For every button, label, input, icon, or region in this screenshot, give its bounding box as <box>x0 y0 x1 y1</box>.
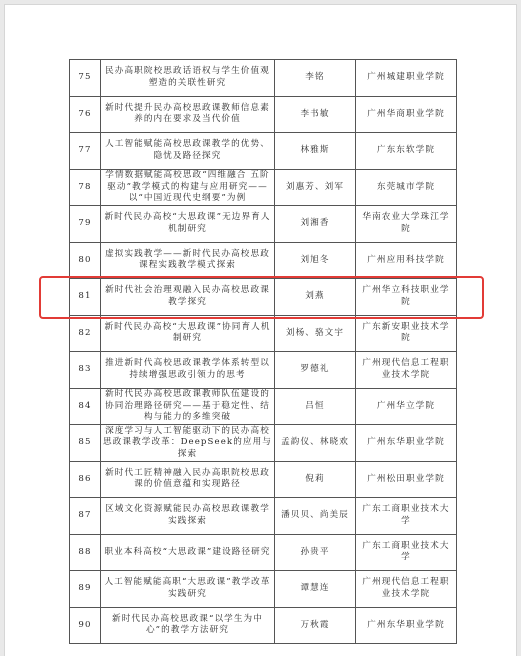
table-row: 85 深度学习与人工智能驱动下的民办高校思政课教学改革：DeepSeek的应用与… <box>70 425 457 462</box>
cell-school: 华南农业大学珠江学院 <box>356 206 457 243</box>
cell-school: 广东东软学院 <box>356 133 457 170</box>
table-row: 86 新时代工匠精神融入民办高职院校思政课的价值意蕴和实现路径 倪莉 广州松田职… <box>70 461 457 498</box>
cell-author: 罗德礼 <box>275 352 356 389</box>
title-text: 推进新时代高校思政课教学体系转型以持续增强思政引领力的思考 <box>103 358 272 381</box>
cell-author: 刘燕 <box>275 279 356 316</box>
cell-number: 89 <box>70 571 101 608</box>
table-row: 82 新时代民办高校“大思政课”协同育人机制研究 刘杨、骆文宇 广东新安职业技术… <box>70 315 457 352</box>
cell-number: 80 <box>70 242 101 279</box>
cell-author: 万秋霞 <box>275 607 356 644</box>
cell-school: 广东新安职业技术学院 <box>356 315 457 352</box>
cell-school: 东莞城市学院 <box>356 169 457 206</box>
cell-title: 人工智能赋能高职“大思政课”教学改革实践研究 <box>101 571 275 608</box>
cell-title: 区域文化资源赋能民办高校思政课教学实践探索 <box>101 498 275 535</box>
cell-number: 84 <box>70 388 101 425</box>
cell-number: 85 <box>70 425 101 462</box>
title-text: 人工智能赋能高校思政课教学的优势、隐忧及路径探究 <box>103 139 272 162</box>
cell-author: 孙贵平 <box>275 534 356 571</box>
cell-author: 刘惠芳、刘军 <box>275 169 356 206</box>
table-row-highlighted: 81 新时代社会治理观融入民办高校思政课教学探究 刘燕 广州华立科技职业学院 <box>70 279 457 316</box>
cell-author: 孟韵仪、林晓欢 <box>275 425 356 462</box>
title-text: 虚拟实践教学——新时代民办高校思政课程实践教学模式探索 <box>103 249 272 272</box>
cell-number: 88 <box>70 534 101 571</box>
cell-school: 广东工商职业技术大学 <box>356 498 457 535</box>
cell-author: 刘湘香 <box>275 206 356 243</box>
cell-number: 81 <box>70 279 101 316</box>
table-row: 76 新时代提升民办高校思政课教师信息素养的内在要求及当代价值 李书敏 广州华商… <box>70 96 457 133</box>
title-text: 新时代提升民办高校思政课教师信息素养的内在要求及当代价值 <box>103 103 272 126</box>
title-text: 民办高职院校思政话语权与学生价值观塑造的关联性研究 <box>103 66 272 89</box>
table-row: 79 新时代民办高校“大思政课”无边界育人机制研究 刘湘香 华南农业大学珠江学院 <box>70 206 457 243</box>
cell-title: 人工智能赋能高校思政课教学的优势、隐忧及路径探究 <box>101 133 275 170</box>
title-text: 新时代民办高校“大思政课”无边界育人机制研究 <box>103 212 272 235</box>
cell-author: 林雅斯 <box>275 133 356 170</box>
results-table-body: 75 民办高职院校思政话语权与学生价值观塑造的关联性研究 李铭 广州城建职业学院… <box>70 60 457 644</box>
cell-author: 谭慧连 <box>275 571 356 608</box>
title-text: 人工智能赋能高职“大思政课”教学改革实践研究 <box>103 577 272 600</box>
title-text: 新时代民办高校“大思政课”协同育人机制研究 <box>103 322 272 345</box>
cell-title: 新时代民办高校“大思政课”无边界育人机制研究 <box>101 206 275 243</box>
cell-title: 学情数据赋能高校思政“四维融合 五阶驱动”教学模式的构建与应用研究——以“中国近… <box>101 169 275 206</box>
cell-author: 刘杨、骆文宇 <box>275 315 356 352</box>
cell-title: 新时代提升民办高校思政课教师信息素养的内在要求及当代价值 <box>101 96 275 133</box>
table-row: 90 新时代民办高校思政课“以学生为中心”的教学方法研究 万秋霞 广州东华职业学… <box>70 607 457 644</box>
table-row: 78 学情数据赋能高校思政“四维融合 五阶驱动”教学模式的构建与应用研究——以“… <box>70 169 457 206</box>
cell-number: 78 <box>70 169 101 206</box>
cell-author: 刘旭冬 <box>275 242 356 279</box>
cell-author: 吕恒 <box>275 388 356 425</box>
cell-school: 广州现代信息工程职业技术学院 <box>356 571 457 608</box>
cell-school: 广州城建职业学院 <box>356 60 457 97</box>
cell-number: 75 <box>70 60 101 97</box>
cell-title: 虚拟实践教学——新时代民办高校思政课程实践教学模式探索 <box>101 242 275 279</box>
cell-number: 90 <box>70 607 101 644</box>
cell-title: 职业本科高校“大思政课”建设路径研究 <box>101 534 275 571</box>
table-row: 88 职业本科高校“大思政课”建设路径研究 孙贵平 广东工商职业技术大学 <box>70 534 457 571</box>
title-text: 新时代工匠精神融入民办高职院校思政课的价值意蕴和实现路径 <box>103 468 272 491</box>
cell-title: 新时代社会治理观融入民办高校思政课教学探究 <box>101 279 275 316</box>
cell-title: 新时代工匠精神融入民办高职院校思政课的价值意蕴和实现路径 <box>101 461 275 498</box>
cell-school: 广州应用科技学院 <box>356 242 457 279</box>
cell-title: 民办高职院校思政话语权与学生价值观塑造的关联性研究 <box>101 60 275 97</box>
title-text: 新时代民办高校思政课教师队伍建设的协同治理路径研究——基于稳定性、结构与能力的多… <box>103 389 272 424</box>
table-row: 77 人工智能赋能高校思政课教学的优势、隐忧及路径探究 林雅斯 广东东软学院 <box>70 133 457 170</box>
cell-school: 广州华商职业学院 <box>356 96 457 133</box>
cell-number: 82 <box>70 315 101 352</box>
table-row: 83 推进新时代高校思政课教学体系转型以持续增强思政引领力的思考 罗德礼 广州现… <box>70 352 457 389</box>
cell-author: 倪莉 <box>275 461 356 498</box>
title-text: 深度学习与人工智能驱动下的民办高校思政课教学改革：DeepSeek的应用与探索 <box>103 426 272 461</box>
cell-number: 79 <box>70 206 101 243</box>
cell-number: 83 <box>70 352 101 389</box>
cell-title: 深度学习与人工智能驱动下的民办高校思政课教学改革：DeepSeek的应用与探索 <box>101 425 275 462</box>
cell-number: 87 <box>70 498 101 535</box>
cell-author: 李铭 <box>275 60 356 97</box>
cell-school: 广州现代信息工程职业技术学院 <box>356 352 457 389</box>
cell-title: 推进新时代高校思政课教学体系转型以持续增强思政引领力的思考 <box>101 352 275 389</box>
cell-title: 新时代民办高校“大思政课”协同育人机制研究 <box>101 315 275 352</box>
table-row: 75 民办高职院校思政话语权与学生价值观塑造的关联性研究 李铭 广州城建职业学院 <box>70 60 457 97</box>
cell-title: 新时代民办高校思政课“以学生为中心”的教学方法研究 <box>101 607 275 644</box>
cell-author: 李书敏 <box>275 96 356 133</box>
table-row: 89 人工智能赋能高职“大思政课”教学改革实践研究 谭慧连 广州现代信息工程职业… <box>70 571 457 608</box>
table-row: 87 区域文化资源赋能民办高校思政课教学实践探索 潘贝贝、尚美辰 广东工商职业技… <box>70 498 457 535</box>
cell-number: 86 <box>70 461 101 498</box>
cell-school: 广州松田职业学院 <box>356 461 457 498</box>
title-text: 学情数据赋能高校思政“四维融合 五阶驱动”教学模式的构建与应用研究——以“中国近… <box>103 170 272 205</box>
results-table: 75 民办高职院校思政话语权与学生价值观塑造的关联性研究 李铭 广州城建职业学院… <box>69 59 457 644</box>
cell-school: 广州东华职业学院 <box>356 425 457 462</box>
cell-school: 广州华立科技职业学院 <box>356 279 457 316</box>
title-text: 区域文化资源赋能民办高校思政课教学实践探索 <box>103 504 272 527</box>
cell-number: 76 <box>70 96 101 133</box>
cell-number: 77 <box>70 133 101 170</box>
title-text: 新时代社会治理观融入民办高校思政课教学探究 <box>103 285 272 308</box>
title-text: 职业本科高校“大思政课”建设路径研究 <box>103 547 272 559</box>
cell-school: 广东工商职业技术大学 <box>356 534 457 571</box>
cell-title: 新时代民办高校思政课教师队伍建设的协同治理路径研究——基于稳定性、结构与能力的多… <box>101 388 275 425</box>
title-text: 新时代民办高校思政课“以学生为中心”的教学方法研究 <box>103 614 272 637</box>
table-row: 80 虚拟实践教学——新时代民办高校思政课程实践教学模式探索 刘旭冬 广州应用科… <box>70 242 457 279</box>
cell-author: 潘贝贝、尚美辰 <box>275 498 356 535</box>
cell-school: 广州华立学院 <box>356 388 457 425</box>
cell-school: 广州东华职业学院 <box>356 607 457 644</box>
table-row: 84 新时代民办高校思政课教师队伍建设的协同治理路径研究——基于稳定性、结构与能… <box>70 388 457 425</box>
